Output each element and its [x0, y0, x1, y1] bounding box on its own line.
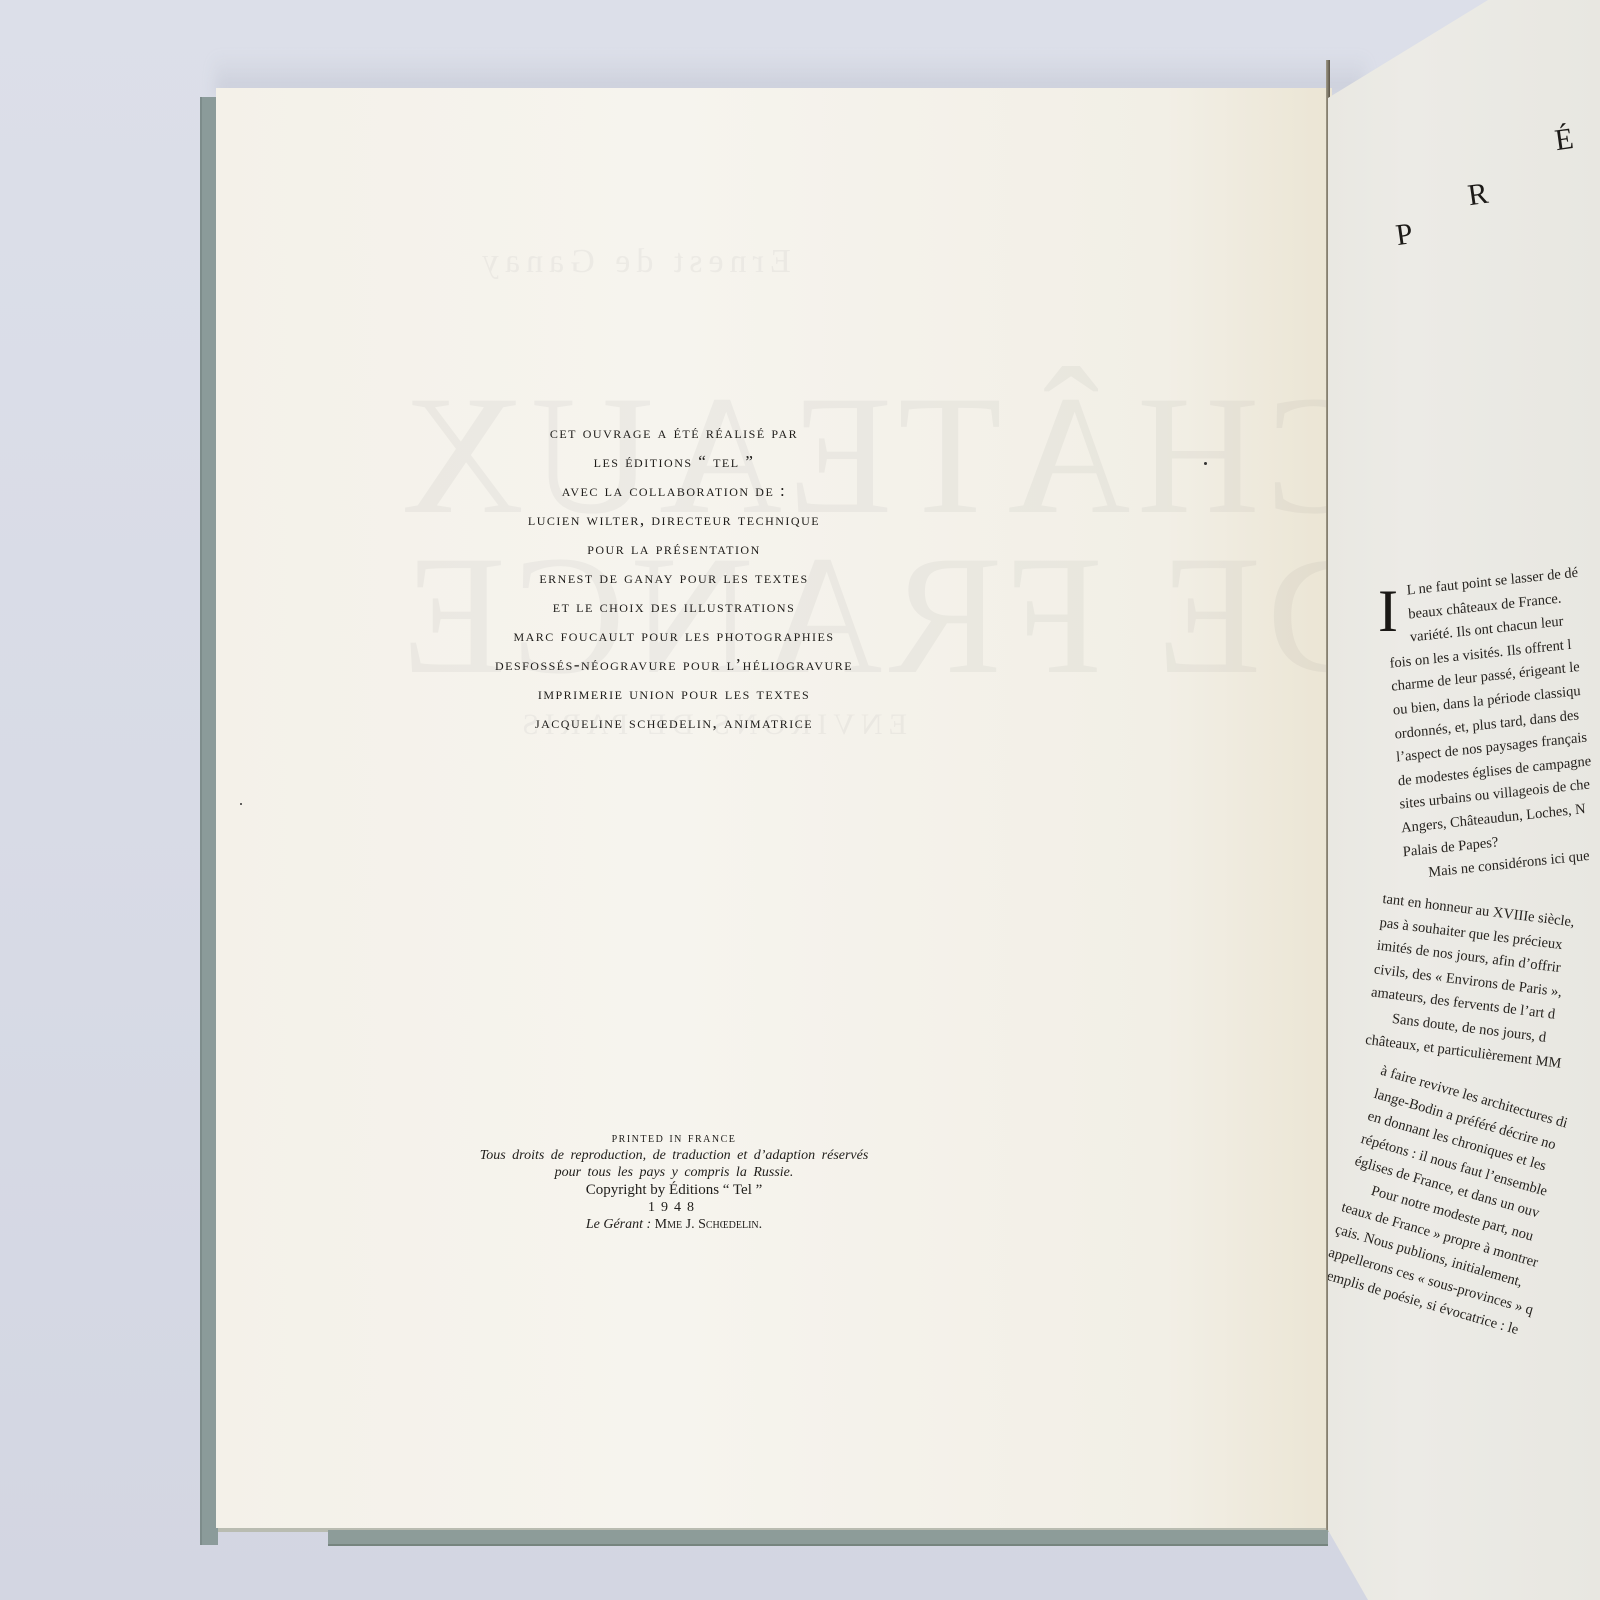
printed-in-france: PRINTED IN FRANCE — [216, 1130, 1232, 1147]
heading-letter: P — [1394, 217, 1415, 253]
imprint-block: PRINTED IN FRANCE Tous droits de reprodu… — [216, 1130, 1232, 1233]
credit-line: DESFOSSÉS-NÉOGRAVURE POUR L’HÉLIOGRAVURE — [216, 650, 1232, 679]
heading-letter: R — [1466, 177, 1491, 213]
showthrough-author: Ernest de Ganay — [476, 243, 791, 281]
credit-line: LUCIEN WILTER, DIRECTEUR TECHNIQUE — [216, 505, 1232, 534]
right-page: P R É I L ne faut point se lasser de dé … — [1328, 0, 1600, 1600]
rights-line-1: Tous droits de reproduction, de traducti… — [216, 1147, 1232, 1164]
credit-line: MARC FOUCAULT POUR LES PHOTOGRAPHIES — [216, 621, 1232, 650]
colophon-credits: CET OUVRAGE A ÉTÉ RÉALISÉ PAR LES ÉDITIO… — [216, 418, 1232, 737]
credit-line: ERNEST DE GANAY POUR LES TEXTES — [216, 563, 1232, 592]
paper-speck — [240, 803, 242, 805]
gerant-line: Le Gérant : Mme J. Schœdelin. — [216, 1216, 1232, 1233]
heading-letter: É — [1553, 122, 1576, 158]
copyright-line: Copyright by Éditions “ Tel ” — [216, 1181, 1232, 1200]
rights-line-2: pour tous les pays y compris la Russie. — [216, 1164, 1232, 1181]
preface-paragraph-2: tant en honneur au XVIIIe siècle, pas à … — [1364, 888, 1600, 1084]
gerant-label: Le Gérant : — [586, 1217, 651, 1232]
credit-line: CET OUVRAGE A ÉTÉ RÉALISÉ PAR — [216, 418, 1232, 447]
credit-line: AVEC LA COLLABORATION DE : — [216, 476, 1232, 505]
credit-line: JACQUELINE SCHŒDELIN, ANIMATRICE — [216, 708, 1232, 737]
gerant-name: Mme J. Schœdelin. — [655, 1217, 762, 1232]
paper-speck — [1204, 462, 1207, 465]
preface-paragraph-3: à faire revivre les architectures di lan… — [1328, 1060, 1600, 1358]
credit-line: IMPRIMERIE UNION POUR LES TEXTES — [216, 679, 1232, 708]
left-page: Ernest de Ganay CHÂTEAUX DE FRANCE ENVIR… — [216, 88, 1332, 1528]
credit-line: ET LE CHOIX DES ILLUSTRATIONS — [216, 592, 1232, 621]
cover-board-bottom-edge — [328, 1530, 1328, 1546]
credit-line: POUR LA PRÉSENTATION — [216, 534, 1232, 563]
credit-line: LES ÉDITIONS “ TEL ” — [216, 447, 1232, 476]
preface-paragraph-1: L ne faut point se lasser de dé beaux ch… — [1384, 555, 1600, 888]
publication-year: 1948 — [216, 1200, 1232, 1216]
